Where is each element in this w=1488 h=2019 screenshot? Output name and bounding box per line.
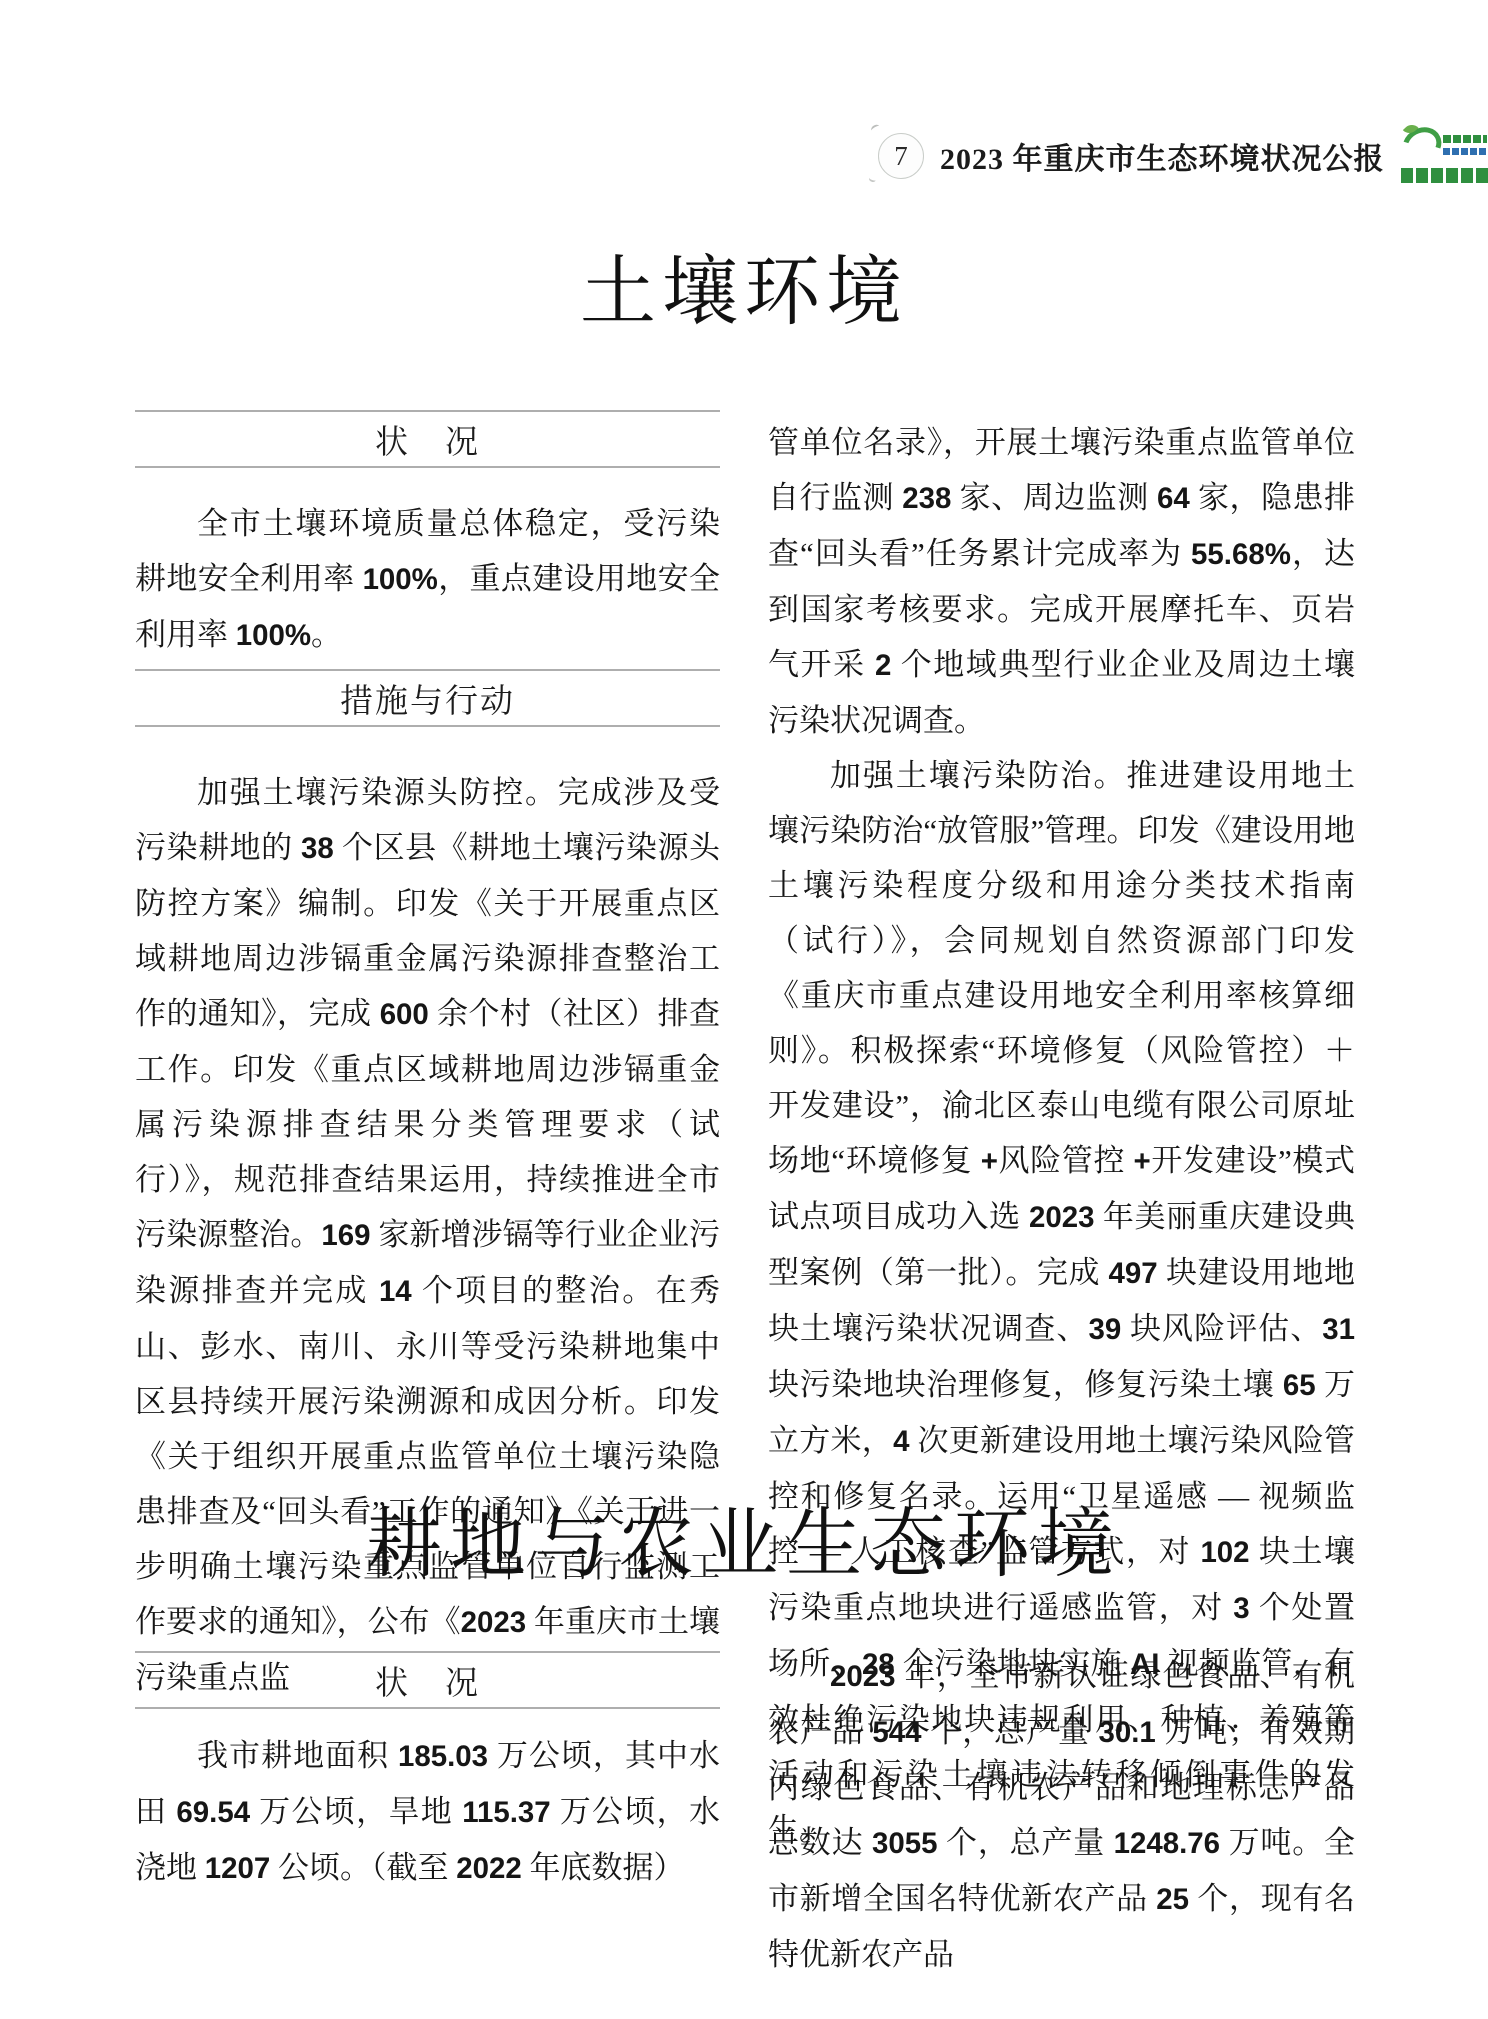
page-number-badge: 7 [878, 133, 924, 179]
farmland-status-heading: 状 况 [135, 1651, 720, 1709]
farmland-products-paragraph: 2023 年，全市新认证绿色食品、有机农产品 544 个，总产量 30.1 万吨… [768, 1648, 1355, 1982]
soil-status-paragraph: 全市土壤环境质量总体稳定，受污染耕地安全利用率 100%，重点建设用地安全利用率… [135, 496, 720, 663]
org-logo [1399, 123, 1488, 189]
logo-text-line-blue [1443, 148, 1487, 155]
soil-chapter-title: 土壤环境 [0, 248, 1488, 339]
soil-measures-paragraph-continued: 管单位名录》，开展土壤污染重点监管单位自行监测 238 家、周边监测 64 家，… [768, 415, 1355, 748]
farmland-chapter-title: 耕地与农业生态环境 [0, 1500, 1488, 1591]
soil-status-heading-text: 状 况 [375, 416, 480, 463]
logo-text-line-green [1443, 135, 1487, 143]
soil-measures-heading-text: 措施与行动 [340, 675, 515, 722]
page-header: 7 2023 年重庆市生态环境状况公报 [878, 118, 1488, 194]
leaf-swoosh-icon [1396, 121, 1447, 170]
bulletin-page: 7 2023 年重庆市生态环境状况公报 土壤环境 状 况 全市土壤环境质量总体稳… [0, 0, 1488, 2019]
logo-bottom-text [1401, 168, 1488, 183]
farmland-status-heading-text: 状 况 [375, 1657, 480, 1704]
soil-status-heading: 状 况 [135, 410, 720, 468]
soil-right-column: 管单位名录》，开展土壤污染重点监管单位自行监测 238 家、周边监测 64 家，… [768, 415, 1355, 1857]
farmland-area-paragraph: 我市耕地面积 185.03 万公顷，其中水田 69.54 万公顷，旱地 115.… [135, 1728, 720, 1896]
soil-measures-heading: 措施与行动 [135, 669, 720, 727]
bulletin-header-title: 2023 年重庆市生态环境状况公报 [940, 134, 1385, 178]
page-number: 7 [894, 141, 908, 172]
